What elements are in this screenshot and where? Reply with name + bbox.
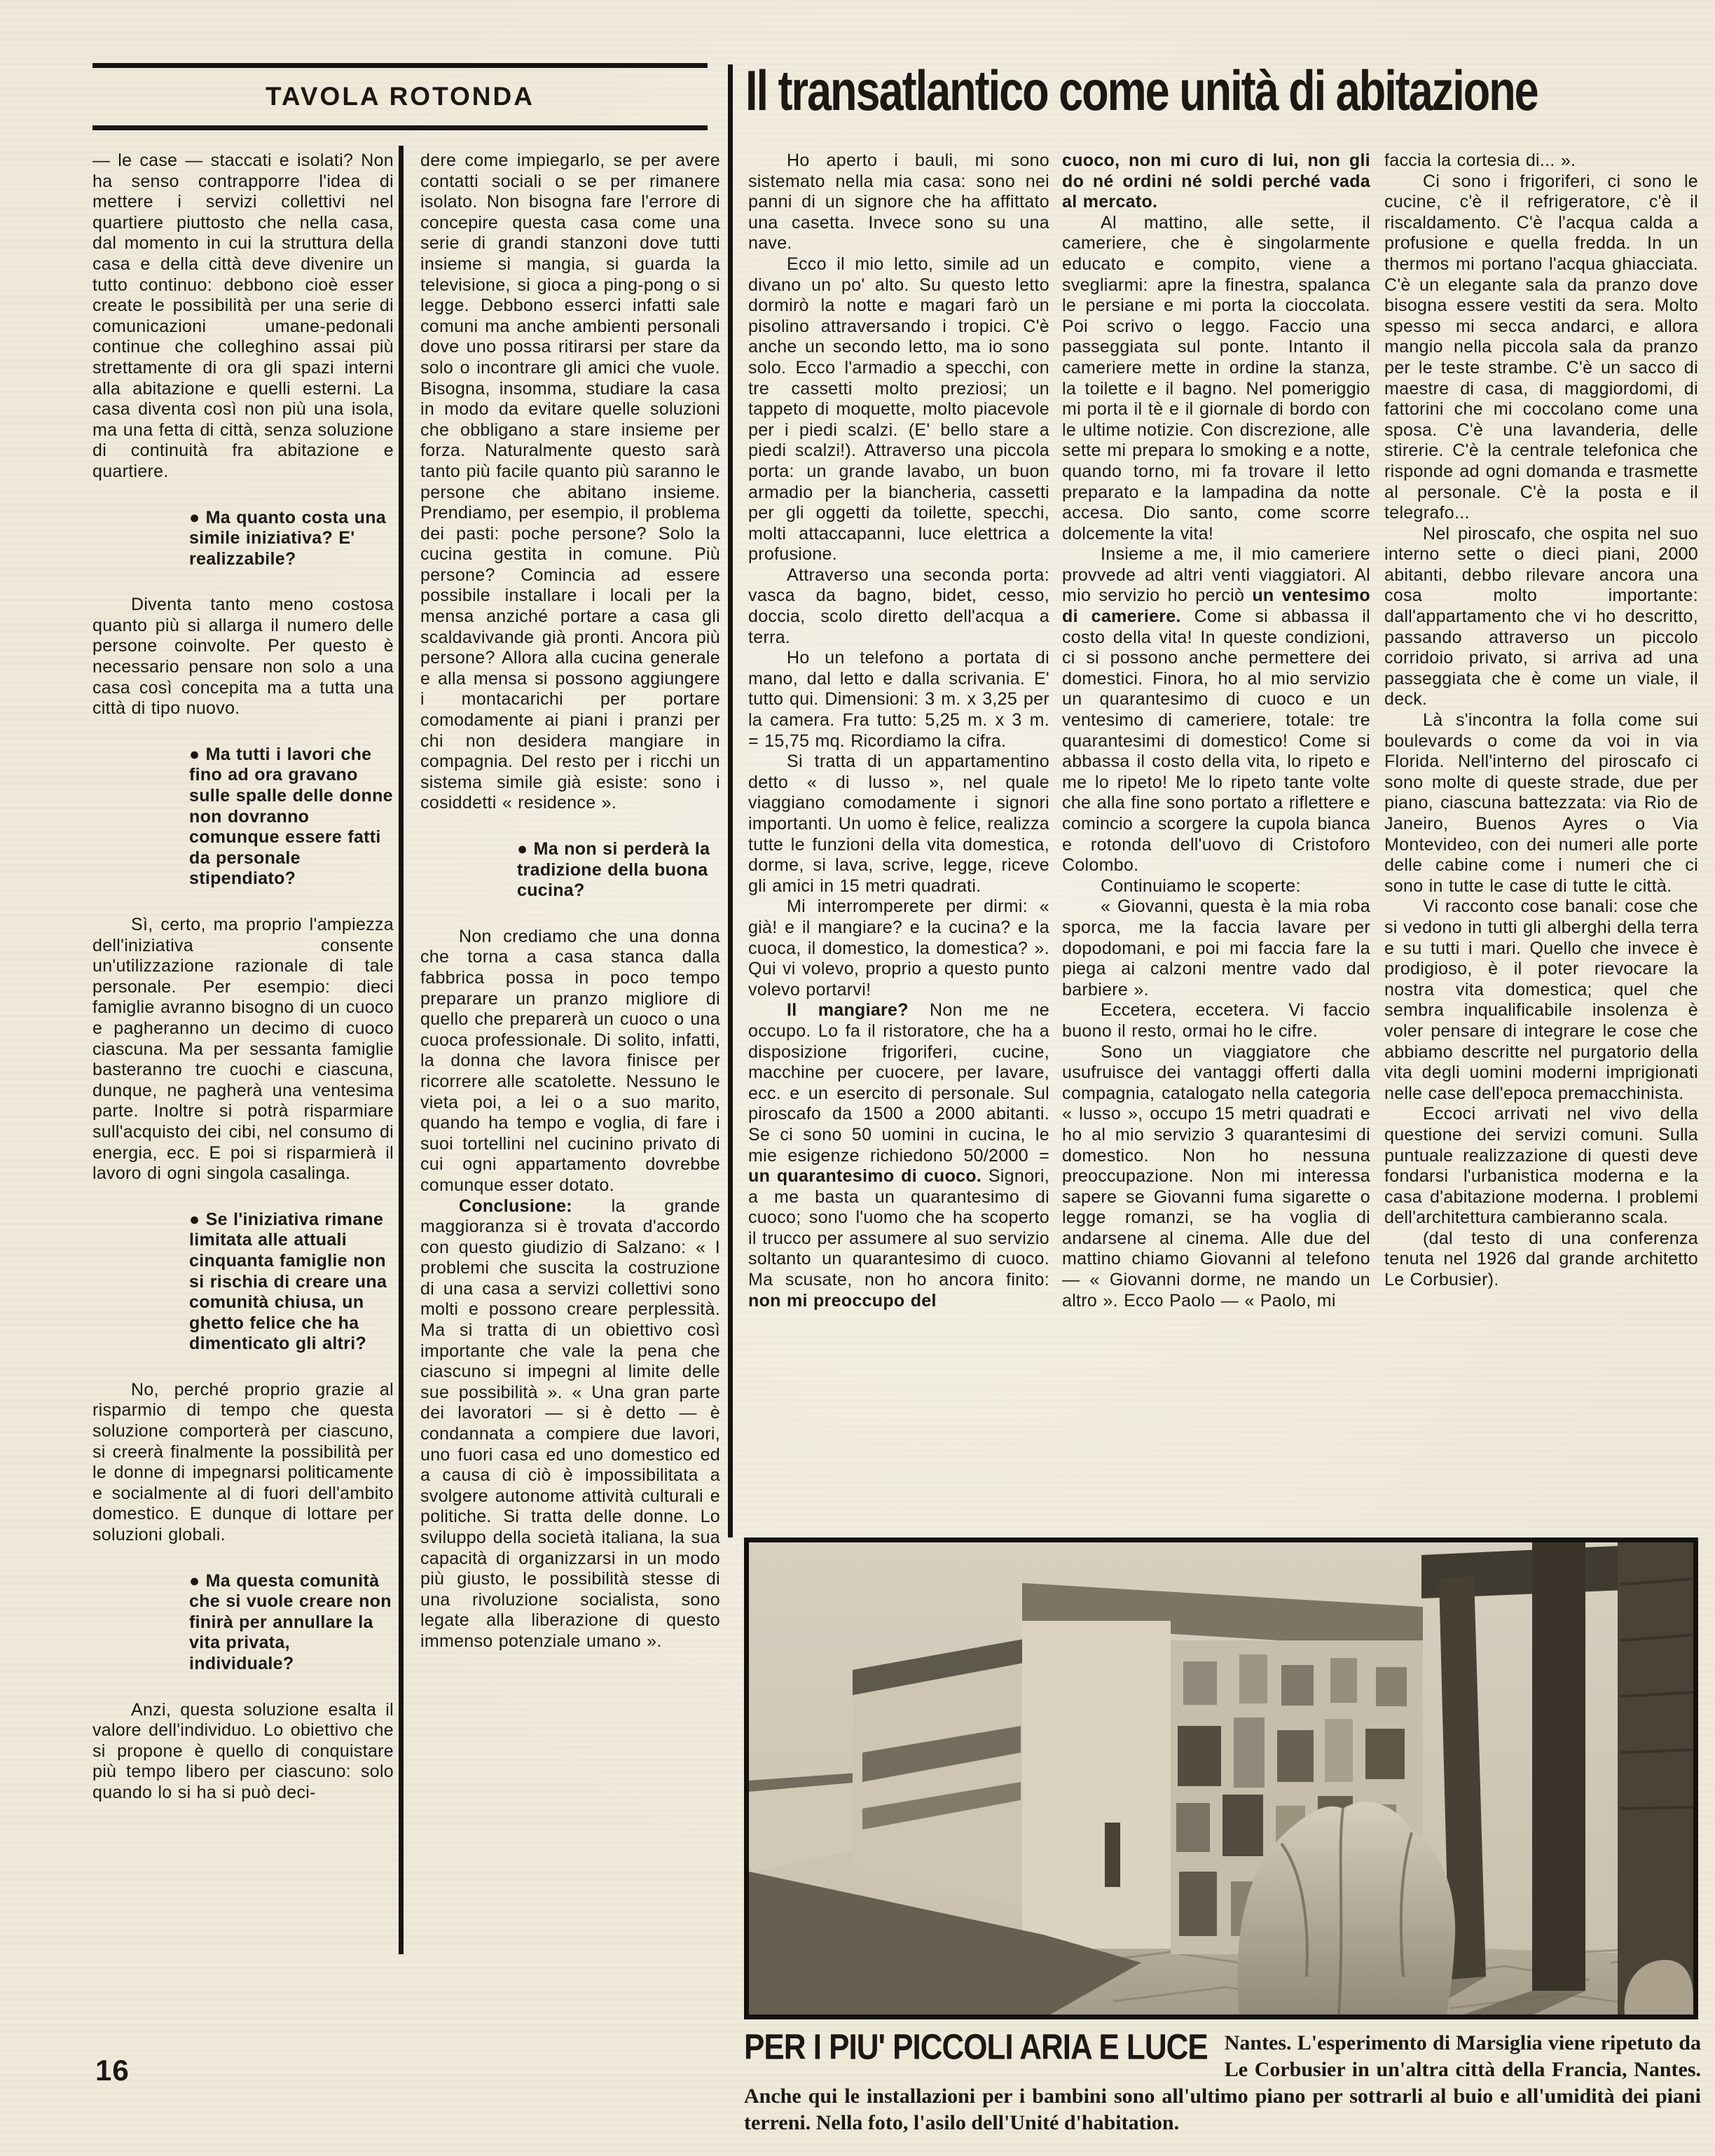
paragraph: Anzi, questa soluzione esalta il valore … bbox=[92, 1700, 394, 1804]
article-column-3: faccia la cortesia di... ». Ci sono i fr… bbox=[1384, 151, 1698, 1527]
interview-column-1: — le case — staccati e isolati? Non ha s… bbox=[92, 151, 394, 2042]
paragraph: Nel piroscafo, che ospita nel suo intern… bbox=[1384, 524, 1698, 710]
paragraph: Vi racconto cose banali: cose che si ved… bbox=[1384, 897, 1698, 1104]
photo-illustration bbox=[749, 1542, 1693, 2015]
paragraph: Là s'incontra la folla come sui boulevar… bbox=[1384, 710, 1698, 897]
paragraph: Eccetera, eccetera. Vi faccio buono il r… bbox=[1062, 1000, 1370, 1042]
photo-caption-title: PER I PIU' PICCOLI ARIA E LUCE bbox=[744, 2030, 1208, 2066]
paragraph: No, perché proprio grazie al risparmio d… bbox=[92, 1380, 394, 1546]
interview-question: ● Ma tutti i lavori che fino ad ora grav… bbox=[92, 745, 394, 890]
sepia-overlay bbox=[749, 1542, 1693, 2015]
paragraph: Sì, certo, ma proprio l'ampiezza dell'in… bbox=[92, 915, 394, 1184]
column-divider-rule-mid bbox=[728, 64, 733, 1537]
paragraph: Mi interromperete per dirmi: « già! e il… bbox=[748, 897, 1049, 1000]
article-column-1: Ho aperto i bauli, mi sono sistemato nel… bbox=[748, 151, 1049, 1527]
interview-question: ● Ma questa comunità che si vuole creare… bbox=[92, 1571, 394, 1675]
paragraph: Ecco il mio letto, simile ad un divano u… bbox=[748, 254, 1049, 565]
paragraph: Conclusione: la grande maggioranza si è … bbox=[420, 1196, 720, 1652]
paragraph: Ho un telefono a portata di mano, dal le… bbox=[748, 648, 1049, 752]
magazine-page: TAVOLA ROTONDA Il transatlantico come un… bbox=[0, 0, 1715, 2156]
paragraph: Al mattino, alle sette, il cameriere, ch… bbox=[1062, 213, 1370, 545]
paragraph: (dal testo di una conferenza tenuta nel … bbox=[1384, 1229, 1698, 1291]
paragraph: — le case — staccati e isolati? Non ha s… bbox=[92, 151, 394, 483]
interview-question: ● Ma quanto costa una simile iniziativa?… bbox=[92, 508, 394, 570]
interview-question: ● Ma non si perderà la tradizione della … bbox=[420, 839, 720, 901]
interview-column-2: dere come impiegarlo, se per avere conta… bbox=[420, 151, 720, 1947]
paragraph: Sono un viaggiatore che usufruisce dei v… bbox=[1062, 1042, 1370, 1312]
paragraph: Ho aperto i bauli, mi sono sistemato nel… bbox=[748, 151, 1049, 254]
column-divider-rule-left bbox=[399, 146, 404, 1954]
paragraph: Insieme a me, il mio cameriere provvede … bbox=[1062, 544, 1370, 876]
paragraph: Il mangiare? Non me ne occupo. Lo fa il … bbox=[748, 1000, 1049, 1311]
article-column-2: cuoco, non mi curo di lui, non gli do né… bbox=[1062, 151, 1370, 1527]
paragraph: Diventa tanto meno costosa quanto più si… bbox=[92, 595, 394, 719]
article-headline: Il transatlantico come unità di abitazio… bbox=[745, 59, 1705, 158]
page-number: 16 bbox=[95, 2054, 130, 2087]
paragraph: « Giovanni, questa è la mia roba sporca,… bbox=[1062, 897, 1370, 1000]
kicker-title: TAVOLA ROTONDA bbox=[266, 82, 535, 111]
paragraph: cuoco, non mi curo di lui, non gli do né… bbox=[1062, 151, 1370, 213]
paragraph: Eccoci arrivati nel vivo della questione… bbox=[1384, 1104, 1698, 1229]
interview-question: ● Se l'iniziativa rimane limitata alle a… bbox=[92, 1210, 394, 1355]
paragraph: Non crediamo che una donna che torna a c… bbox=[420, 927, 720, 1196]
paragraph: dere come impiegarlo, se per avere conta… bbox=[420, 151, 720, 814]
paragraph: Attraverso una seconda porta: vasca da b… bbox=[748, 565, 1049, 648]
kicker-box: TAVOLA ROTONDA bbox=[92, 63, 708, 130]
photo-unite-dhabitation-roof bbox=[744, 1537, 1698, 2019]
paragraph: faccia la cortesia di... ». bbox=[1384, 151, 1698, 172]
paragraph: Ci sono i frigoriferi, ci sono le cucine… bbox=[1384, 172, 1698, 524]
paragraph: Si tratta di un appartamentino detto « d… bbox=[748, 752, 1049, 897]
photo-caption: PER I PIU' PICCOLI ARIA E LUCE Nantes. L… bbox=[744, 2030, 1701, 2136]
paragraph: Continuiamo le scoperte: bbox=[1062, 876, 1370, 897]
